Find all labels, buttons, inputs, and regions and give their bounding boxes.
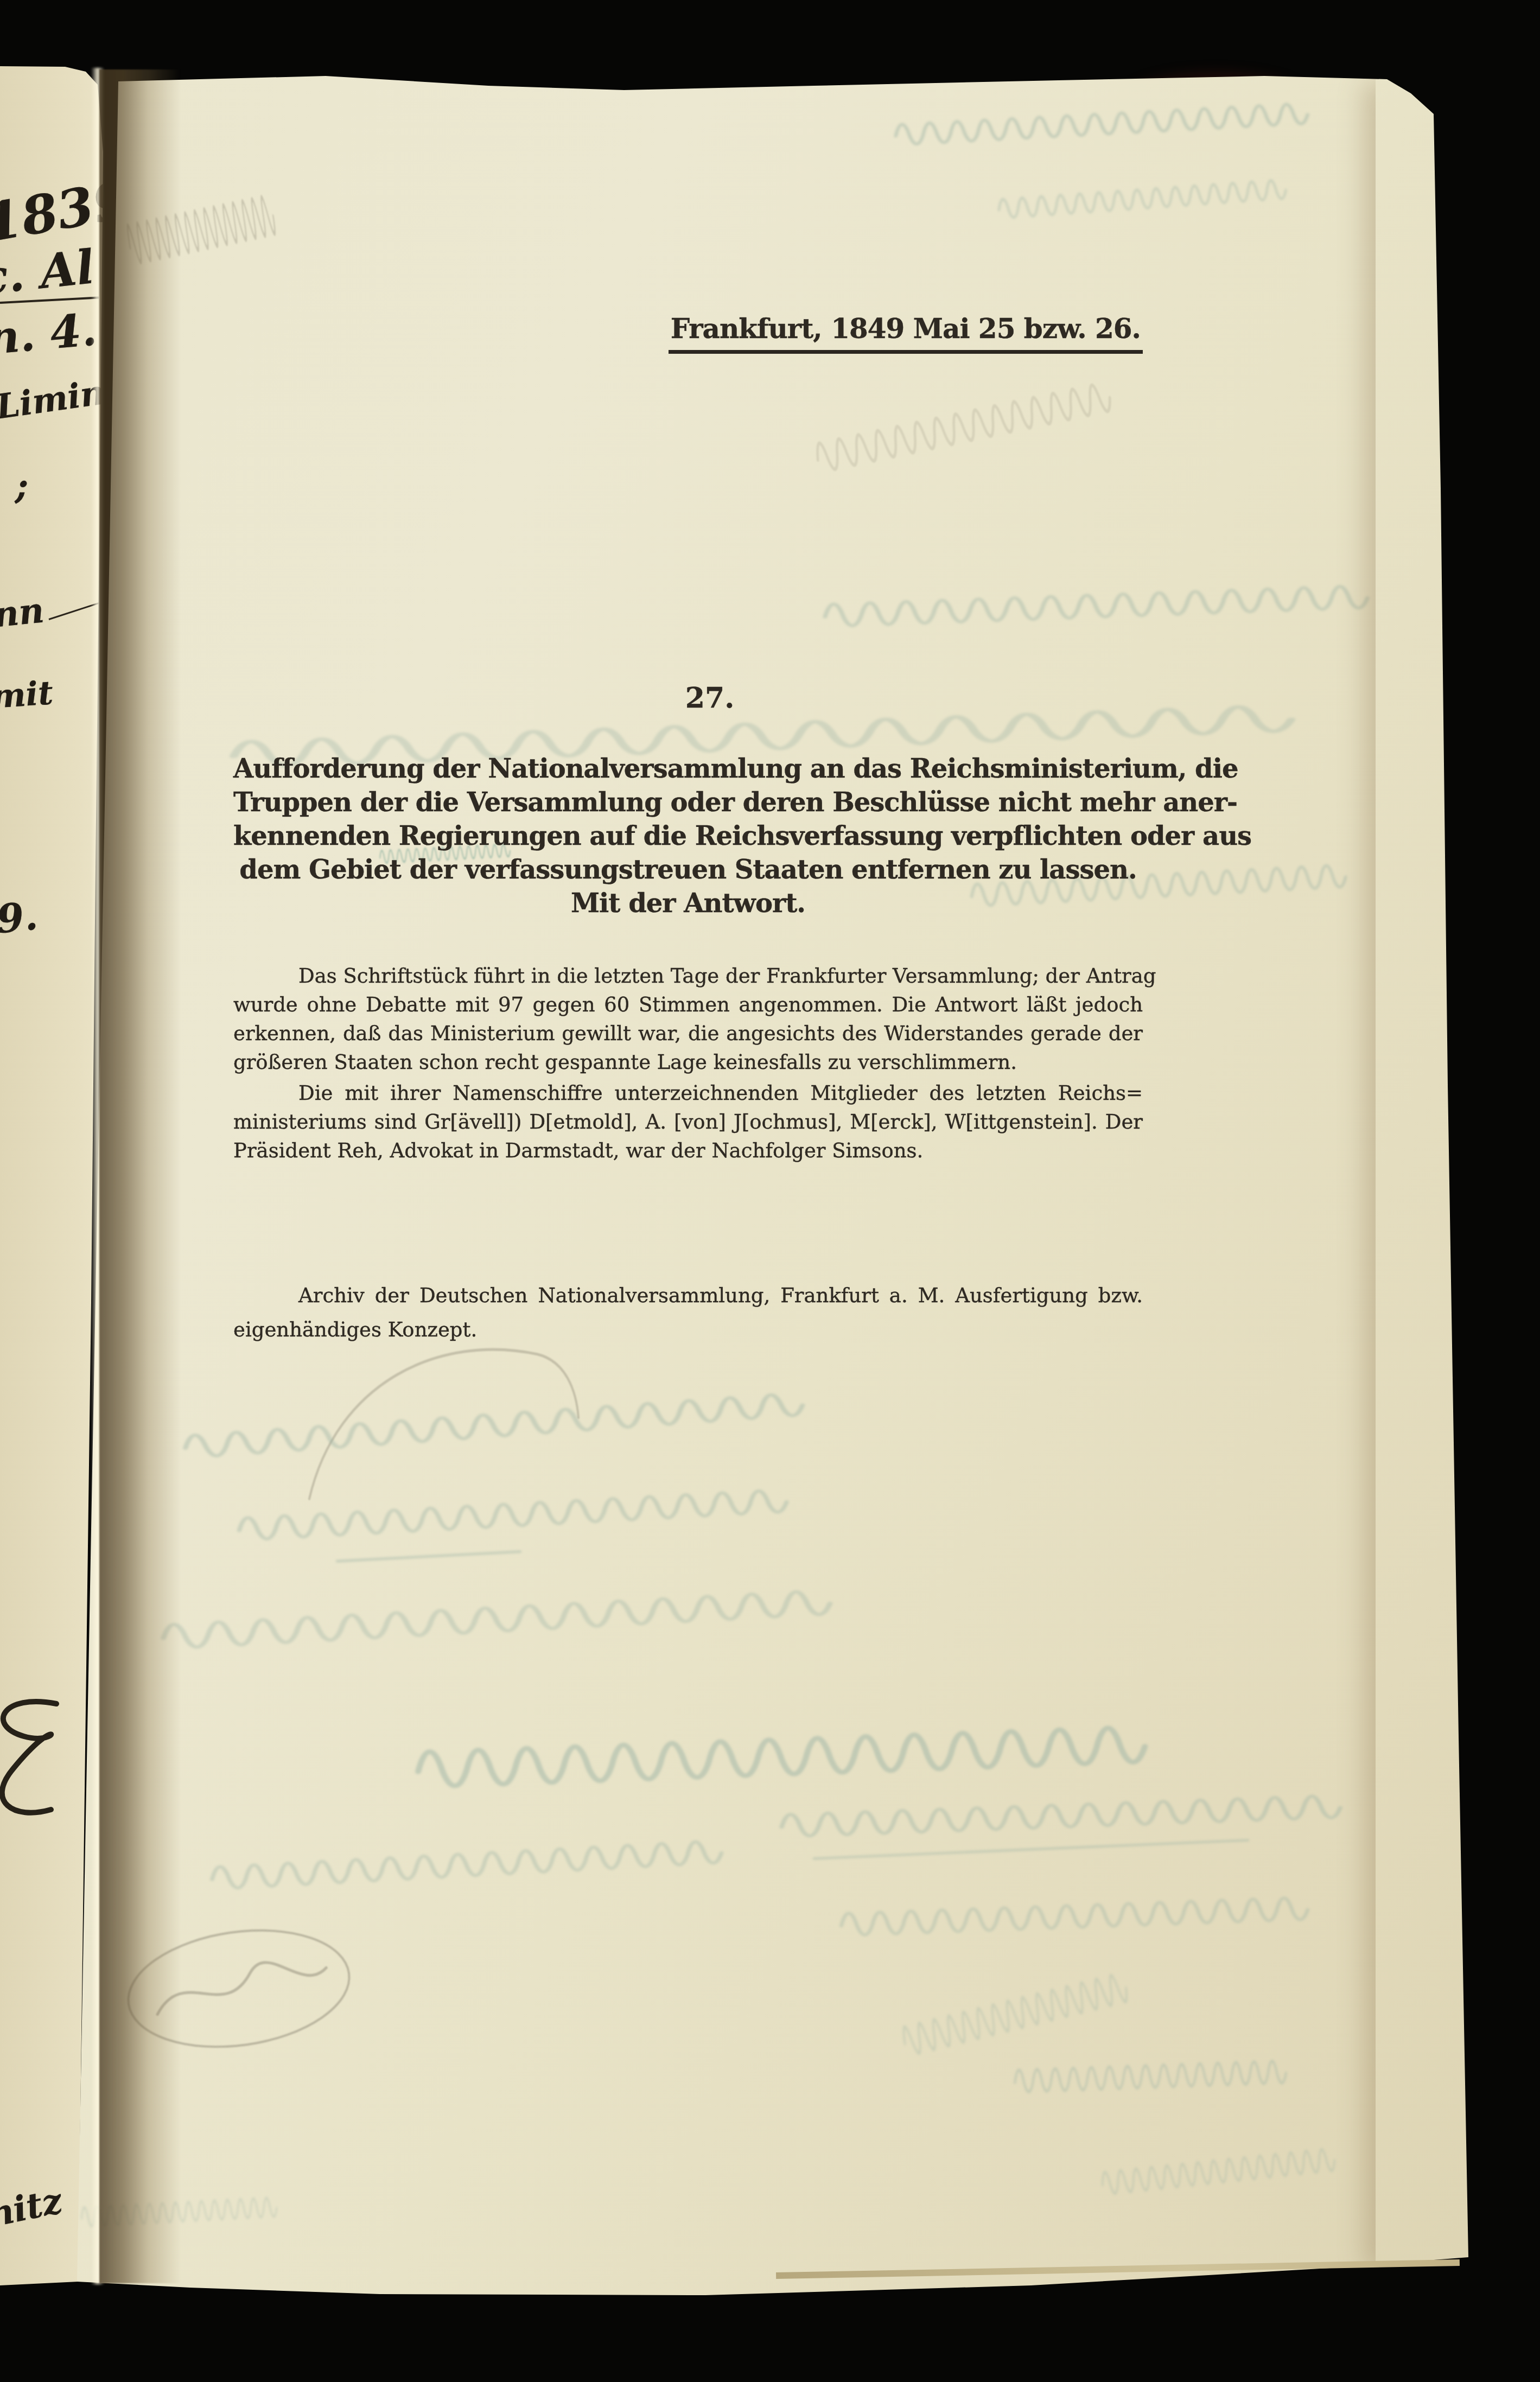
- margin-handwriting-number: n. 4.: [0, 303, 99, 365]
- title-line: kennenden Regierungen auf die Reichsverf…: [233, 819, 1143, 853]
- ghost-pencil-scribble: [122, 181, 279, 275]
- ghost-oval-stamp: [114, 1908, 363, 2069]
- document-title: Aufforderung der Nationalversammlung an …: [233, 752, 1143, 920]
- margin-handwriting-nitz: nitz: [0, 2181, 66, 2236]
- ghost-handwriting: [841, 1888, 1308, 1942]
- header-date: Frankfurt, 1849 Mai 25 bzw. 26.: [233, 313, 1143, 354]
- body-line: Das Schriftstück führt in die letzten Ta…: [233, 961, 1143, 990]
- book-scan: 1839. c. Al n. 4. Limin ; nn mit 9. nitz: [0, 0, 1540, 2382]
- body-line: erkennen, daß das Ministerium gewillt wa…: [233, 1019, 1143, 1048]
- source-note-line: eigenhändiges Konzept.: [233, 1313, 1143, 1347]
- ghost-handwriting: [1100, 2139, 1337, 2202]
- margin-flourish-icon: [0, 1693, 62, 1823]
- margin-stroke: [49, 600, 106, 620]
- ghost-handwriting: [895, 95, 1308, 151]
- ghost-handwriting: [898, 1962, 1131, 2065]
- margin-handwriting-9: 9.: [0, 892, 40, 942]
- margin-handwriting-ref: c. Al: [0, 239, 97, 306]
- body-line: Die mit ihrer Namenschiffre unterzeichne…: [233, 1079, 1143, 1107]
- book-page: Frankfurt, 1849 Mai 25 bzw. 26. 27. Auff…: [0, 0, 1540, 2382]
- title-line: Truppen der die Versammlung oder deren B…: [233, 786, 1143, 819]
- margin-handwriting-semicolon: ;: [15, 464, 28, 507]
- title-line: dem Gebiet der verfassungstreuen Staaten…: [233, 853, 1143, 887]
- ghost-underline: [336, 1550, 521, 1564]
- commentary-paragraph-1: Das Schriftstück führt in die letzten Ta…: [233, 961, 1143, 1077]
- source-note: Archiv der Deutschen Nationalversammlung…: [233, 1278, 1143, 1347]
- ghost-handwriting: [824, 577, 1368, 634]
- page-stack-edge: [1376, 75, 1473, 2278]
- ghost-handwriting-large: [417, 1713, 1146, 1798]
- ghost-handwriting: [81, 2190, 278, 2233]
- margin-handwriting-word: Limin: [0, 372, 107, 426]
- margin-handwriting-mit: mit: [0, 674, 54, 716]
- commentary-paragraph-2: Die mit ihrer Namenschiffre unterzeichne…: [233, 1079, 1143, 1165]
- document-number: 27.: [233, 682, 1164, 715]
- title-line: Aufforderung der Nationalversammlung an …: [233, 752, 1143, 786]
- ghost-handwriting: [211, 1831, 722, 1896]
- title-line: Mit der Antwort.: [233, 887, 1143, 920]
- ghost-handwriting: [162, 1581, 831, 1656]
- ghost-handwriting: [998, 172, 1287, 225]
- margin-handwriting-nn: nn: [0, 590, 46, 635]
- body-line: Präsident Reh, Advokat in Darmstadt, war…: [233, 1136, 1143, 1165]
- ghost-pencil-scribble: [812, 371, 1115, 481]
- body-line: größeren Staaten schon recht gespannte L…: [233, 1048, 1143, 1077]
- ghost-handwriting: [1014, 2052, 1287, 2099]
- body-line: ministeriums sind Gr[ävell]) D[etmold], …: [233, 1107, 1143, 1136]
- ghost-underline: [814, 1838, 1248, 1861]
- source-note-line: Archiv der Deutschen Nationalversammlung…: [233, 1278, 1143, 1313]
- body-line: wurde ohne Debatte mit 97 gegen 60 Stimm…: [233, 990, 1143, 1019]
- ghost-handwriting: [781, 1786, 1341, 1844]
- header-date-text: Frankfurt, 1849 Mai 25 bzw. 26.: [669, 313, 1143, 354]
